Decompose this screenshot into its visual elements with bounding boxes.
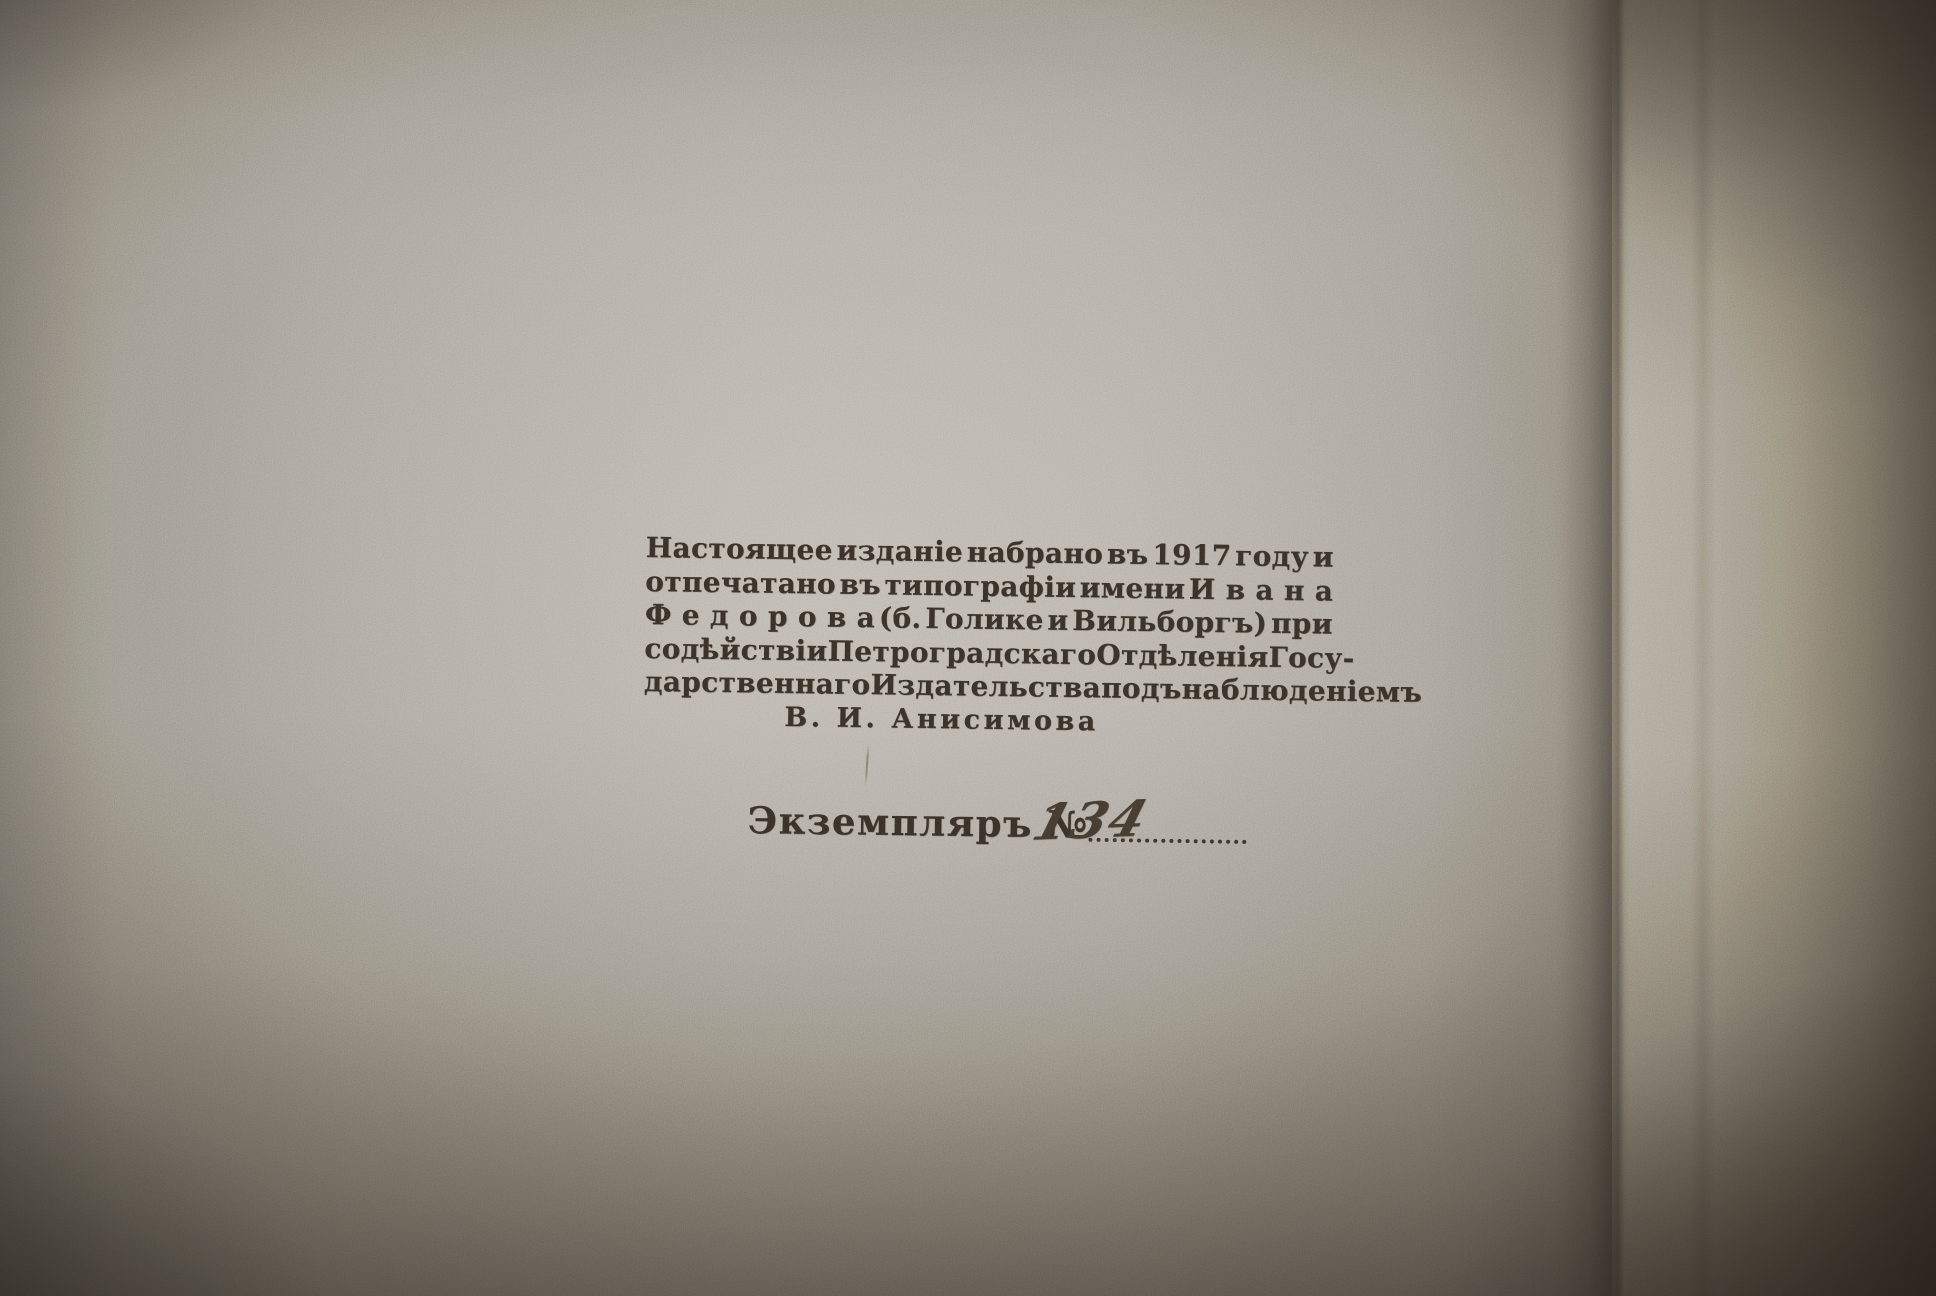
word: и — [1312, 540, 1334, 574]
gutter-crease — [1555, 0, 1630, 1296]
word: и — [1047, 604, 1069, 638]
word: въ — [839, 567, 881, 601]
word: Вильборгъ) — [1072, 604, 1267, 640]
word: набрано — [967, 535, 1104, 570]
word: Настоящее — [646, 531, 833, 567]
colophon-text-block: Настоящееизданіенабрановъ1917годуи отпеч… — [643, 531, 1334, 742]
word: типографіи — [884, 568, 1076, 604]
word: подъ — [1101, 671, 1182, 706]
copy-number-label: Экземпляръ — [747, 800, 1033, 844]
word: наблюденіемъ — [1181, 672, 1422, 709]
word: дарственнаго — [644, 665, 871, 702]
word: 1917 — [1152, 538, 1232, 573]
handwritten-number: 134 — [1026, 789, 1155, 852]
word: Отдѣленія — [1096, 638, 1269, 674]
word: Петроградскаго — [827, 634, 1096, 671]
word: (б. — [879, 601, 922, 635]
facing-page-edge — [1612, 0, 1936, 1296]
word: содѣйствіи — [644, 631, 828, 667]
word: Голике — [925, 602, 1044, 637]
word: Издательства — [870, 668, 1101, 705]
word: имени — [1079, 571, 1185, 606]
word: И в а н а — [1189, 572, 1334, 608]
copy-number-line: Экземпляръ № 134 — [747, 800, 1247, 847]
word: Ф е д о р о в а — [645, 598, 876, 635]
word: Госу- — [1268, 640, 1355, 675]
word: въ — [1107, 537, 1149, 571]
word: при — [1271, 607, 1333, 641]
page-edge-line — [1690, 0, 1716, 1296]
word: изданіе — [836, 534, 963, 569]
word: году — [1235, 539, 1309, 574]
book-photo: Настоящееизданіенабрановъ1917годуи отпеч… — [0, 0, 1936, 1296]
word: отпечатано — [645, 564, 836, 600]
